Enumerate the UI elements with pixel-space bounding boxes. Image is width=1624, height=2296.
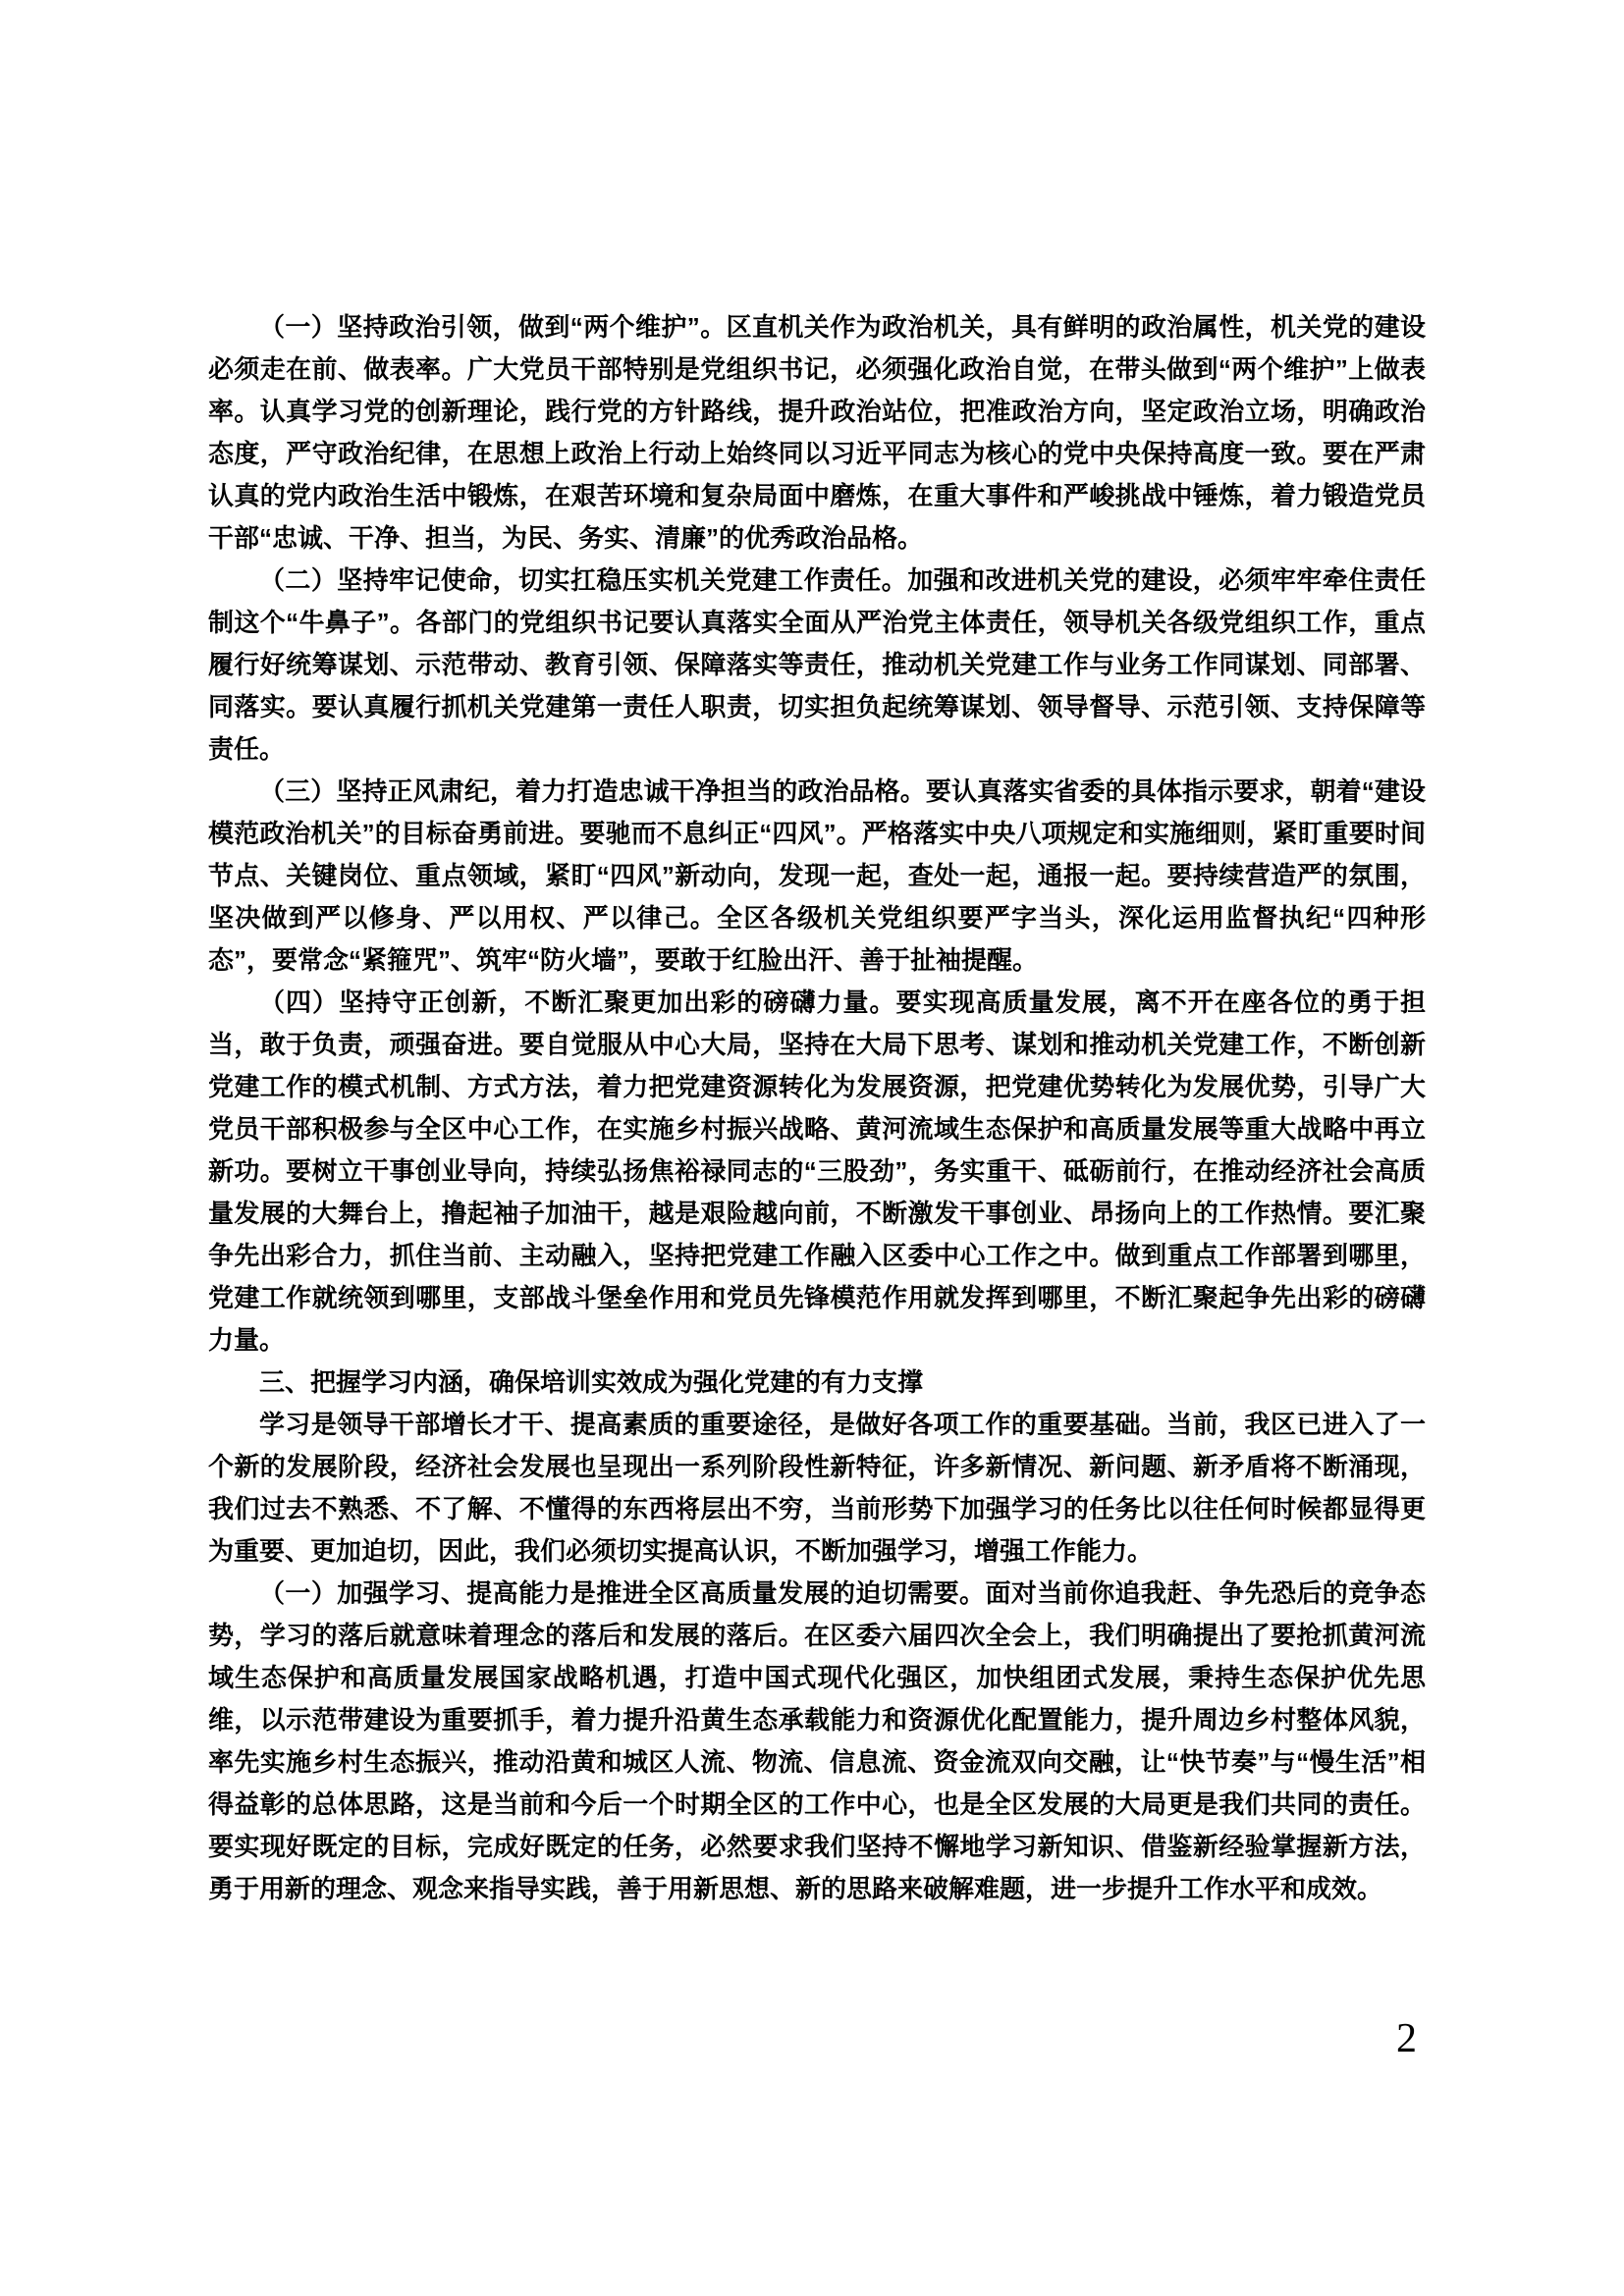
paragraph-5: 学习是领导干部增长才干、提高素质的重要途径，是做好各项工作的重要基础。当前，我区… xyxy=(208,1404,1426,1573)
document-body: （一）坚持政治引领，做到“两个维护”。区直机关作为政治机关，具有鲜明的政治属性，… xyxy=(208,306,1426,1910)
section-heading: 三、把握学习内涵，确保培训实效成为强化党建的有力支撑 xyxy=(208,1362,1426,1404)
paragraph-6: （一）加强学习、提高能力是推进全区高质量发展的迫切需要。面对当前你追我赶、争先恐… xyxy=(208,1573,1426,1910)
page-number: 2 xyxy=(1396,2018,1417,2059)
paragraph-4: （四）坚持守正创新，不断汇聚更加出彩的磅礴力量。要实现高质量发展，离不开在座各位… xyxy=(208,982,1426,1362)
paragraph-1: （一）坚持政治引领，做到“两个维护”。区直机关作为政治机关，具有鲜明的政治属性，… xyxy=(208,306,1426,560)
paragraph-3: （三）坚持正风肃纪，着力打造忠诚干净担当的政治品格。要认真落实省委的具体指示要求… xyxy=(208,771,1426,982)
document-page: （一）坚持政治引领，做到“两个维护”。区直机关作为政治机关，具有鲜明的政治属性，… xyxy=(0,0,1624,2296)
paragraph-2: （二）坚持牢记使命，切实扛稳压实机关党建工作责任。加强和改进机关党的建设，必须牢… xyxy=(208,560,1426,771)
